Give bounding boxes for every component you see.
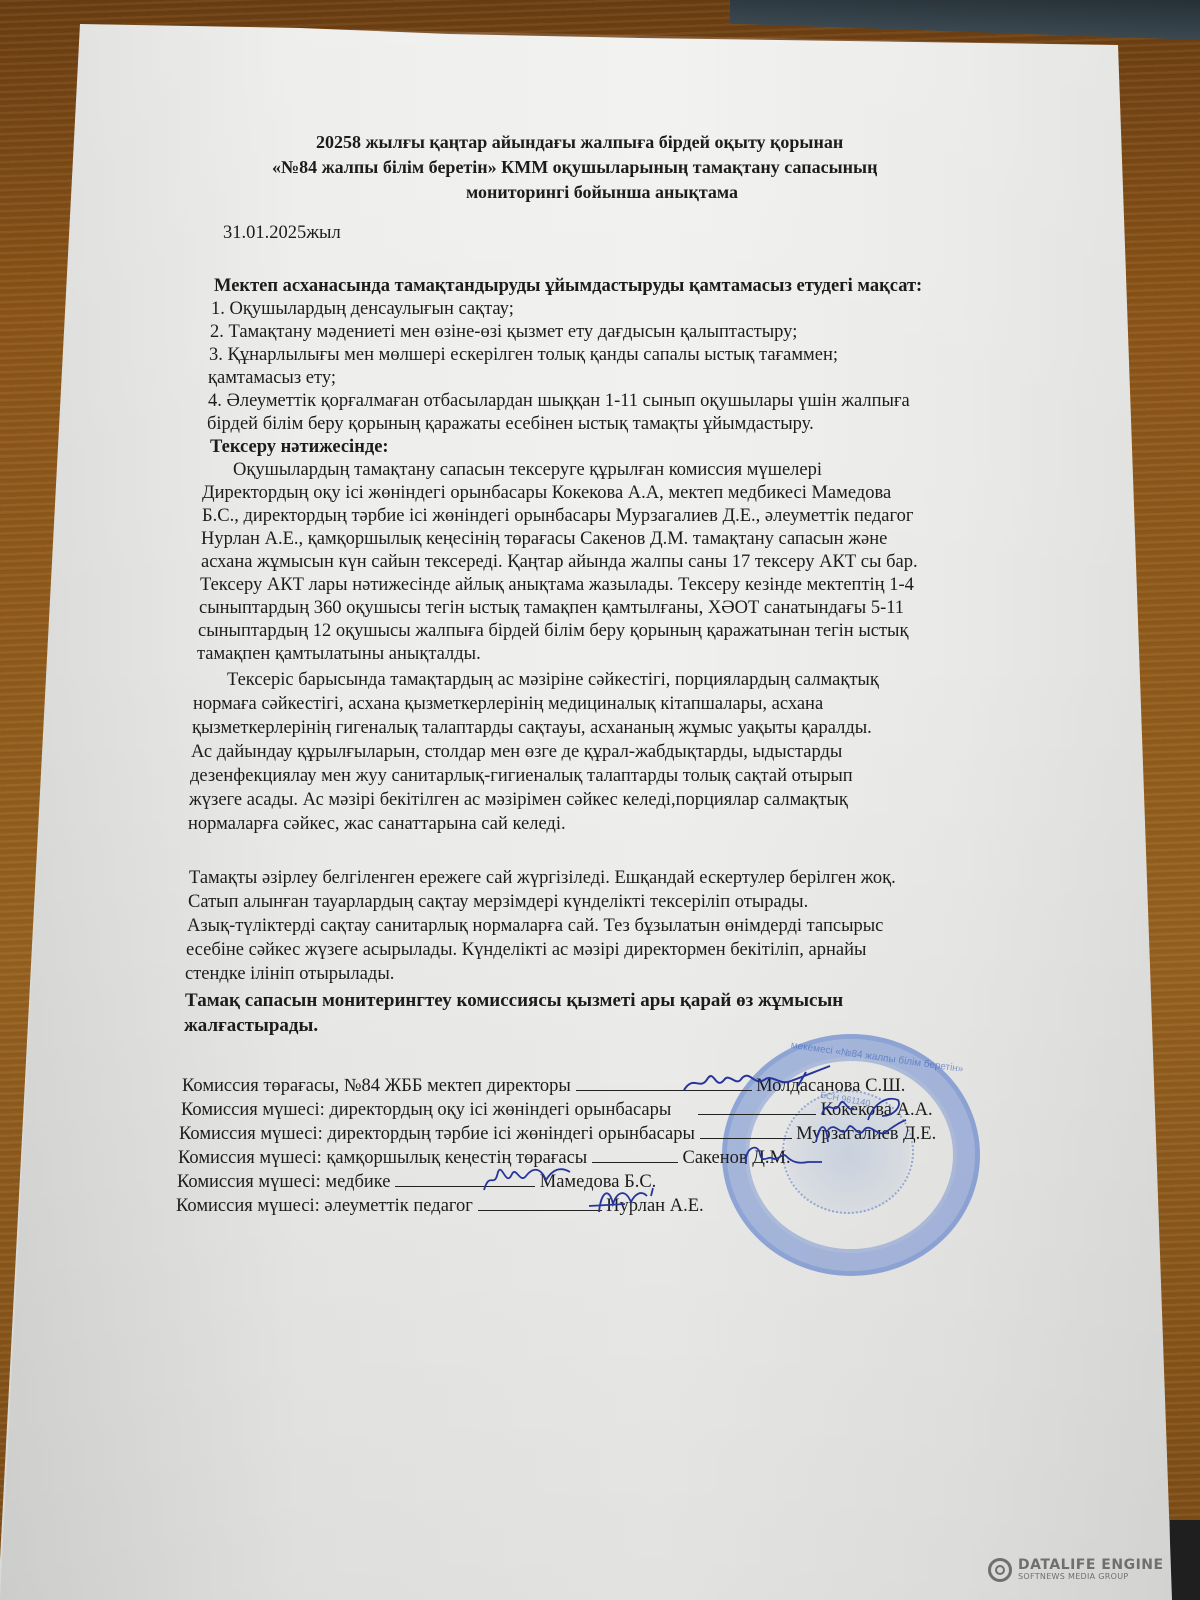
document-date: 31.01.2025жыл: [223, 222, 341, 244]
signature-role: Комиссия мүшесі: директордың оқу ісі жөн…: [181, 1100, 671, 1120]
signature-role: Комиссия мүшесі: әлеуметтік педагог: [176, 1196, 473, 1216]
document-title-line-1: 20258 жылғы қаңтар айындағы жалпыға бірд…: [316, 131, 843, 153]
goal-item: 4. Әлеуметтік қорғалмаған отбасылардан ш…: [208, 390, 910, 412]
paragraph-2-line: дезенфекциялау мен жуу санитарлық-гигиен…: [190, 765, 853, 787]
signature-role: Комиссия мүшесі: медбике: [177, 1172, 391, 1192]
paragraph-1-line: Тексеру АКТ лары нәтижесінде айлық анықт…: [200, 574, 914, 596]
goal-item: 3. Құнарлылығы мен мөлшері ескерілген то…: [209, 344, 838, 366]
paragraph-1-line: тамақпен қамтылатыны анықталды.: [197, 643, 481, 665]
goal-item: қамтамасыз ету;: [208, 367, 336, 389]
paragraph-1-line: Нурлан А.Е., қамқоршылық кеңесінің төрағ…: [201, 528, 887, 550]
goal-heading: Мектеп асханасында тамақтандыруды ұйымда…: [214, 275, 922, 297]
paragraph-1-line: асхана жұмысын күн сайын тексереді. Қаңт…: [201, 551, 918, 573]
goal-item: 1. Оқушылардың денсаулығын сақтау;: [211, 298, 514, 320]
signature-line: [700, 1122, 792, 1139]
document-title-line-3: мониторингі бойынша анықтама: [466, 181, 738, 203]
paragraph-1-line: Б.С., директордың тәрбие ісі жөніндегі о…: [202, 505, 913, 527]
paragraph-3-line: Азық-түліктерді сақтау санитарлық нормал…: [187, 915, 883, 937]
site-watermark: DATALIFE ENGINE SOFTNEWS MEDIA GROUP: [988, 1558, 1164, 1582]
watermark-title: DATALIFE ENGINE: [1018, 1558, 1164, 1572]
paragraph-3-line: есебіне сәйкес жүзеге асырылады. Күнделі…: [186, 939, 866, 961]
signature-role: Комиссия мүшесі: директордың тәрбие ісі …: [179, 1124, 695, 1144]
paragraph-2-line: Тексеріс барысында тамақтардың ас мәзірі…: [227, 669, 879, 691]
goal-item: 2. Тамақтану мәдениеті мен өзіне-өзі қыз…: [210, 321, 797, 343]
results-heading: Тексеру нәтижесінде:: [210, 436, 389, 458]
datalife-logo-icon: [988, 1558, 1012, 1582]
handwritten-signature: [585, 1182, 665, 1221]
handwritten-signature: [738, 1140, 828, 1175]
paragraph-2-line: қызметкерлерінің гигеналық талаптарды са…: [192, 717, 872, 739]
conclusion-line: Тамақ сапасын монитерингтеу комиссиясы қ…: [185, 990, 843, 1012]
paragraph-2-line: нормаға сәйкестігі, асхана қызметкерлері…: [193, 693, 823, 715]
watermark-subtitle: SOFTNEWS MEDIA GROUP: [1018, 1572, 1164, 1582]
paragraph-1-line: сыныптардың 12 оқушысы жалпыға бірдей бі…: [198, 620, 908, 642]
goal-item: бірдей білім беру қорының қаражаты есебі…: [207, 413, 814, 435]
signature-role: Комиссия төрағасы, №84 ЖББ мектеп директ…: [182, 1076, 571, 1096]
paragraph-1-line: Директордың оқу ісі жөніндегі орынбасары…: [202, 482, 891, 504]
conclusion-line: жалғастырады.: [184, 1015, 318, 1037]
paragraph-2-line: жүзеге асады. Ас мәзірі бекітілген ас мә…: [189, 789, 848, 811]
paragraph-2-line: Ас дайындау құрылғыларын, столдар мен өз…: [191, 741, 842, 763]
paragraph-2-line: нормаларға сәйкес, жас санаттарына сай к…: [188, 813, 566, 835]
paragraph-1-line: сыныптардың 360 оқушысы тегін ыстық тама…: [199, 597, 904, 619]
document-title-line-2: «№84 жалпы білім беретін» КММ оқушыларын…: [272, 156, 877, 178]
paragraph-3-line: стендке ілініп отырылады.: [185, 963, 394, 985]
handwritten-signature: [480, 1160, 580, 1199]
dark-object-corner: [1170, 1520, 1200, 1600]
paragraph-3-line: Сатып алынған тауарлардың сақтау мерзімд…: [188, 891, 808, 913]
signature-line: [592, 1146, 678, 1163]
paragraph-3-line: Тамақты әзірлеу белгіленген ережеге сай …: [189, 867, 896, 889]
paragraph-1-line: Оқушылардың тамақтану сапасын тексеруге …: [233, 459, 822, 481]
